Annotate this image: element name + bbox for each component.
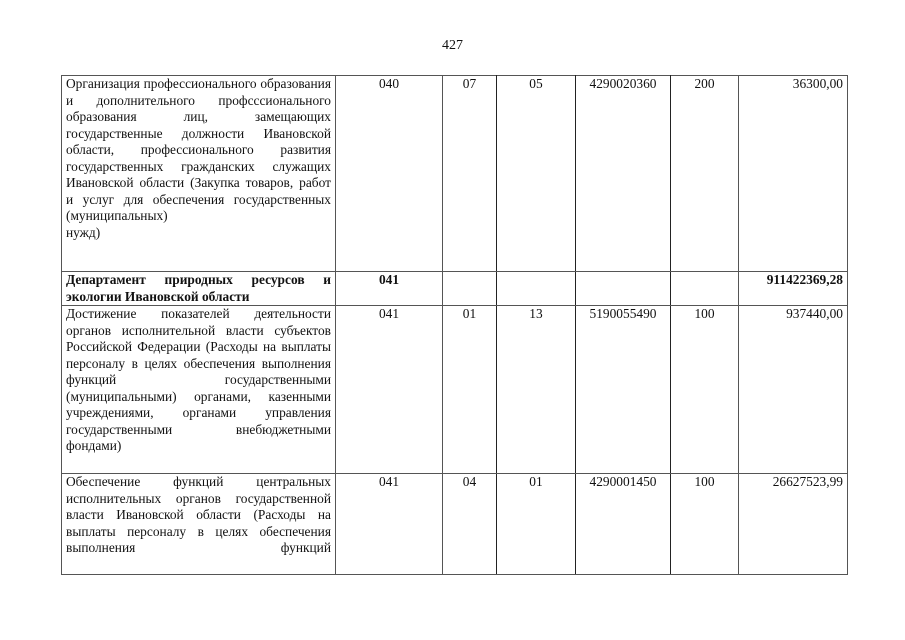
row-ministry-code: 041 — [336, 272, 443, 306]
row-description: Обеспечение функций центральных исполнит… — [62, 474, 336, 575]
row-expense-type: 200 — [671, 76, 739, 272]
row-ministry-code: 040 — [336, 76, 443, 272]
row-expense-type — [671, 272, 739, 306]
row-amount: 911422369,28 — [739, 272, 848, 306]
row-amount: 36300,00 — [739, 76, 848, 272]
page-number: 427 — [0, 38, 905, 54]
row-section-code — [443, 272, 497, 306]
row-target-article: 4290020360 — [576, 76, 671, 272]
row-subsection-code: 05 — [497, 76, 576, 272]
row-description: Достижение показателей деятельности орга… — [62, 306, 336, 474]
row-subsection-code — [497, 272, 576, 306]
row-expense-type: 100 — [671, 306, 739, 474]
row-ministry-code: 041 — [336, 474, 443, 575]
row-subsection-code: 01 — [497, 474, 576, 575]
row-ministry-code: 041 — [336, 306, 443, 474]
row-subsection-code: 13 — [497, 306, 576, 474]
budget-table: Организация профессионального образовани… — [61, 75, 848, 575]
row-description: Департамент природных ресурсов иэкологии… — [62, 272, 336, 306]
row-amount: 937440,00 — [739, 306, 848, 474]
row-target-article: 5190055490 — [576, 306, 671, 474]
row-target-article — [576, 272, 671, 306]
table-row: Департамент природных ресурсов иэкологии… — [62, 272, 848, 306]
row-target-article: 4290001450 — [576, 474, 671, 575]
row-amount: 26627523,99 — [739, 474, 848, 575]
row-expense-type: 100 — [671, 474, 739, 575]
table-row: Организация профессионального образовани… — [62, 76, 848, 272]
table-row: Обеспечение функций центральных исполнит… — [62, 474, 848, 575]
row-section-code: 07 — [443, 76, 497, 272]
table-row: Достижение показателей деятельности орга… — [62, 306, 848, 474]
row-section-code: 01 — [443, 306, 497, 474]
row-section-code: 04 — [443, 474, 497, 575]
row-description: Организация профессионального образовани… — [62, 76, 336, 272]
